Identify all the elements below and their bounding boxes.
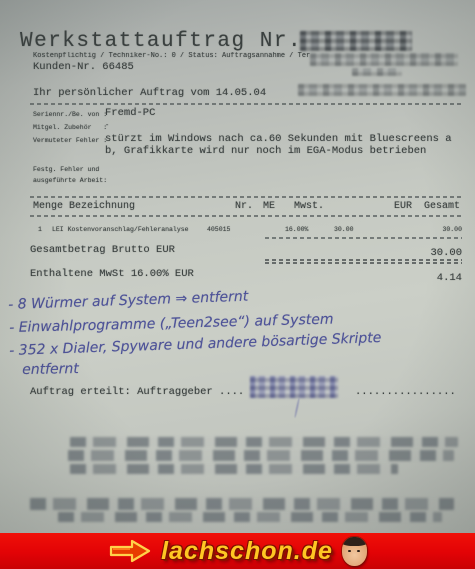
work-label-line1: Festg. Fehler und bbox=[33, 166, 99, 173]
suspected-fault-label: Vermuteter Fehler : bbox=[33, 137, 107, 144]
face-photo bbox=[342, 537, 367, 566]
dashed-rule-header-bottom bbox=[30, 215, 462, 217]
serial-label: Seriennr./Be. von : bbox=[33, 111, 107, 118]
site-logo-text: lachschon.de bbox=[161, 537, 333, 566]
item-qty: 1 bbox=[38, 226, 42, 233]
photographed-workshop-order: Werkstattauftrag Nr. Kostenpflichtig / T… bbox=[0, 0, 475, 569]
arrow-icon bbox=[108, 538, 152, 564]
table-header-left: Menge Bezeichnung bbox=[33, 201, 135, 212]
dashed-rule-header-top bbox=[30, 196, 462, 198]
item-total: 30.00 bbox=[442, 226, 462, 233]
gross-total-label: Gesamtbetrag Brutto EUR bbox=[30, 244, 175, 256]
page-title: Werkstattauftrag Nr. bbox=[20, 30, 302, 53]
dashed-rule-subtotal bbox=[265, 237, 462, 239]
redacted-order-number bbox=[300, 31, 412, 51]
table-header-me: ME bbox=[263, 201, 275, 212]
item-description: LEI Kostenvoranschlag/Fehleranalyse bbox=[52, 226, 189, 233]
table-header-nr: Nr. bbox=[235, 201, 253, 212]
handwritten-note-line1: - 8 Würmer auf System ⇒ entfernt bbox=[8, 289, 249, 313]
table-header-total: Gesamt bbox=[424, 201, 460, 212]
redacted-footer-row-5 bbox=[58, 512, 442, 522]
pen-stroke bbox=[294, 398, 300, 418]
accessories-label: Mitgel. Zubehör : bbox=[33, 124, 107, 131]
handwritten-note-line4: entfernt bbox=[22, 361, 79, 378]
vat-total-value: 4.14 bbox=[437, 272, 462, 284]
redacted-address-line bbox=[298, 84, 466, 96]
double-rule-total bbox=[265, 259, 462, 264]
redacted-footer-row-2 bbox=[68, 450, 454, 461]
signature-dots: ................ bbox=[355, 386, 456, 398]
item-nr: 405015 bbox=[207, 226, 230, 233]
gross-total-value: 30.00 bbox=[430, 247, 462, 259]
work-label-line2: ausgeführte Arbeit: bbox=[33, 177, 107, 184]
redacted-meta-small bbox=[352, 68, 402, 76]
personal-order-line: Ihr persönlicher Auftrag vom 14.05.04 bbox=[33, 87, 266, 99]
redacted-footer-row-3 bbox=[70, 464, 398, 474]
redacted-meta-right bbox=[310, 53, 458, 66]
customer-number: Kunden-Nr. 66485 bbox=[33, 61, 134, 73]
redacted-footer-row-1 bbox=[70, 437, 458, 447]
table-header-eur: EUR bbox=[394, 201, 412, 212]
suspected-fault-line2: b, Grafikkarte wird nur noch im EGA-Modu… bbox=[105, 145, 426, 157]
accessories-value: - bbox=[105, 122, 109, 130]
watermark-banner: lachschon.de bbox=[0, 533, 475, 569]
item-eur: 30.00 bbox=[334, 226, 354, 233]
signature-line-label: Auftrag erteilt: Auftraggeber .... bbox=[30, 386, 244, 398]
dashed-rule-top bbox=[30, 103, 462, 105]
order-meta-line: Kostenpflichtig / Techniker-No.: 0 / Sta… bbox=[33, 52, 313, 60]
vat-total-label: Enthaltene MwSt 16.00% EUR bbox=[30, 268, 194, 280]
item-vat: 16.00% bbox=[285, 226, 308, 233]
redacted-signature bbox=[250, 376, 338, 398]
suspected-fault-line1: stürzt im Windows nach ca.60 Sekunden mi… bbox=[105, 133, 452, 145]
handwritten-note-line2: - Einwahlprogramme („Teen2see“) auf Syst… bbox=[9, 312, 334, 336]
redacted-footer-row-4 bbox=[30, 498, 454, 510]
serial-value: Fremd-PC bbox=[105, 107, 155, 119]
table-header-vat: Mwst. bbox=[294, 201, 324, 212]
